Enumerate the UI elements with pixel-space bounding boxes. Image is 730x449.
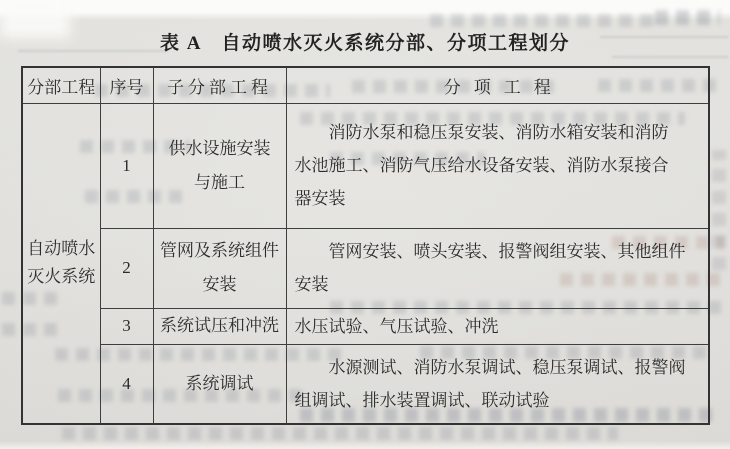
cell-seq: 2 [100,228,153,308]
cell-sub-division: 供水设施安装 与施工 [153,103,286,228]
cell-sub-division: 管网及系统组件 安装 [153,228,286,308]
header-seq: 序号 [100,67,153,103]
cell-items: 管网安装、喷头安装、报警阀组安装、其他组件 安装 [286,228,709,308]
table-row: 2 管网及系统组件 安装 管网安装、喷头安装、报警阀组安装、其他组件 安装 [22,228,709,308]
cell-seq: 1 [100,103,153,228]
header-items: 分项工程 [286,67,709,103]
header-division: 分部工程 [22,67,100,103]
table-row: 3 系统试压和冲洗 水压试验、气压试验、冲洗 [22,308,709,344]
table-title: 表 A 自动喷水灭火系统分部、分项工程划分 [0,28,730,55]
bleed-through-mark [712,150,726,270]
table-container: 分部工程 序号 子分部工程 分项工程 自动喷水 灭火系统 1 供水设施安装 与施… [21,66,710,425]
cell-items: 消防水泵和稳压泵安装、消防水箱安装和消防 水池施工、消防气压给水设备安装、消防水… [286,103,709,228]
page-top-edge [0,0,730,20]
cell-division-project: 自动喷水 灭火系统 [22,103,100,424]
page-bottom-edge [0,441,730,449]
scanned-document-page: 表 A 自动喷水灭火系统分部、分项工程划分 分部工程 序号 子分部工程 分项工程… [0,0,730,449]
cell-sub-division: 系统试压和冲洗 [153,308,286,344]
cell-seq: 4 [100,344,153,424]
cell-items: 水源测试、消防水泵调试、稳压泵调试、报警阀 组调试、排水装置调试、联动试验 [286,344,709,424]
cell-sub-division: 系统调试 [153,344,286,424]
table-row: 4 系统调试 水源测试、消防水泵调试、稳压泵调试、报警阀 组调试、排水装置调试、… [22,344,709,424]
table-header-row: 分部工程 序号 子分部工程 分项工程 [22,67,709,103]
cell-items: 水压试验、气压试验、冲洗 [286,308,709,344]
cell-seq: 3 [100,308,153,344]
header-sub-division: 子分部工程 [153,67,286,103]
table-row: 自动喷水 灭火系统 1 供水设施安装 与施工 消防水泵和稳压泵安装、消防水箱安装… [22,103,709,228]
bleed-through-mark [62,427,618,440]
bleed-through-mark [612,56,728,58]
division-table: 分部工程 序号 子分部工程 分项工程 自动喷水 灭火系统 1 供水设施安装 与施… [21,66,710,425]
